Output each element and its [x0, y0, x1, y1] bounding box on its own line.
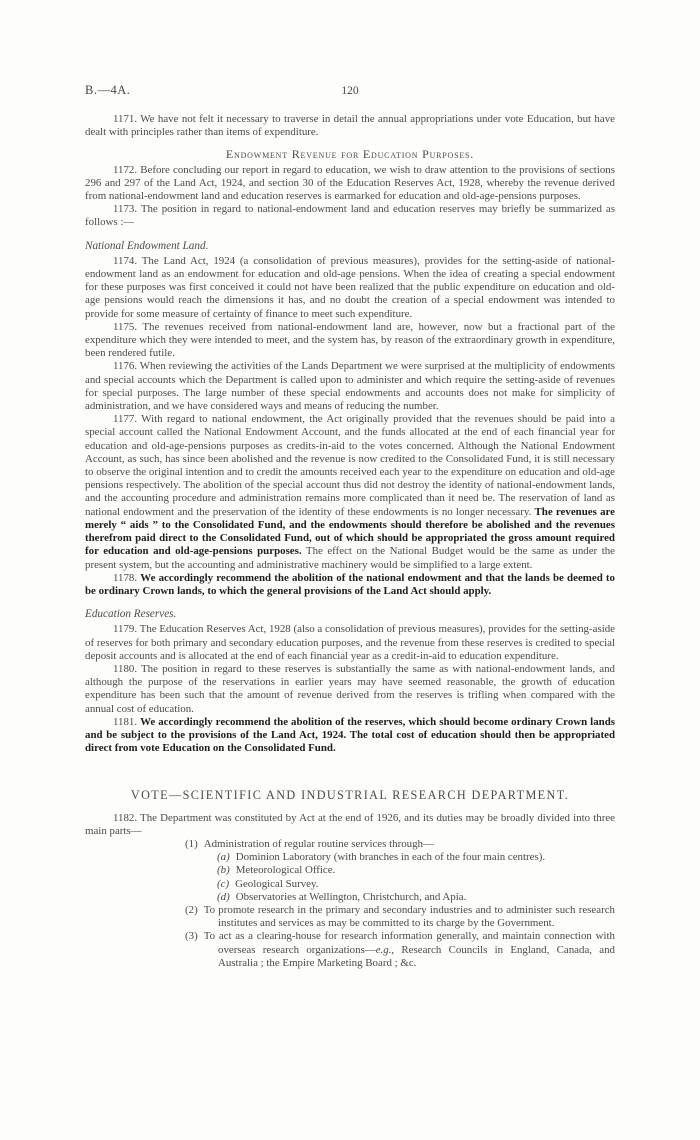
- duty-1-sub-item-c: (c)Geological Survey.: [85, 878, 615, 891]
- sub-c-marker: (c): [217, 878, 229, 890]
- duty-1-marker: (1): [185, 838, 198, 850]
- paragraph-1177: 1177. With regard to national endowment,…: [85, 413, 615, 571]
- paragraph-1178-number: 1178.: [113, 572, 140, 584]
- page-header: B.—4A. 120: [85, 84, 615, 101]
- sub-d-text: Observatories at Wellington, Christchurc…: [236, 891, 467, 903]
- paragraph-1174: 1174. The Land Act, 1924 (a consolidatio…: [85, 255, 615, 321]
- paragraph-1171: 1171. We have not felt it necessary to t…: [85, 113, 615, 139]
- document-page: B.—4A. 120 1171. We have not felt it nec…: [0, 0, 700, 1140]
- duty-3-marker: (3): [185, 930, 198, 942]
- duty-item-3: (3)To act as a clearing-house for resear…: [85, 930, 615, 970]
- section-heading-endowment-revenue: Endowment Revenue for Education Purposes…: [85, 148, 615, 161]
- duty-1-sub-item-a: (a)Dominion Laboratory (with branches in…: [85, 851, 615, 864]
- sub-a-text: Dominion Laboratory (with branches in ea…: [236, 851, 545, 863]
- paragraph-1181: 1181. We accordingly recommend the aboli…: [85, 716, 615, 756]
- duty-1-sub-item-b: (b)Meteorological Office.: [85, 864, 615, 877]
- paragraph-1172: 1172. Before concluding our report in re…: [85, 164, 615, 204]
- duty-item-1: (1)Administration of regular routine ser…: [85, 838, 615, 851]
- duty-1-text: Administration of regular routine servic…: [204, 838, 434, 850]
- paragraph-1181-recommendation: We accordingly recommend the abolition o…: [85, 716, 615, 754]
- subheading-education-reserves: Education Reserves.: [85, 608, 615, 621]
- paragraph-1180: 1180. The position in regard to these re…: [85, 663, 615, 716]
- paragraph-1178: 1178. We accordingly recommend the aboli…: [85, 572, 615, 598]
- paragraph-1177-text: 1177. With regard to national endowment,…: [85, 413, 615, 517]
- section-heading-vote-scientific-industrial-research: VOTE—SCIENTIFIC AND INDUSTRIAL RESEARCH …: [85, 789, 615, 802]
- subheading-national-endowment-land: National Endowment Land.: [85, 240, 615, 253]
- paragraph-1173: 1173. The position in regard to national…: [85, 203, 615, 229]
- paragraph-1176: 1176. When reviewing the activities of t…: [85, 360, 615, 413]
- sub-c-text: Geological Survey.: [235, 878, 318, 890]
- paragraph-1178-recommendation: We accordingly recommend the abolition o…: [85, 572, 615, 597]
- sub-b-text: Meteorological Office.: [236, 864, 336, 876]
- duty-2-marker: (2): [185, 904, 198, 916]
- duty-item-2: (2)To promote research in the primary an…: [85, 904, 615, 930]
- duty-2-text: To promote research in the primary and s…: [204, 904, 615, 929]
- page-number: 120: [85, 85, 615, 98]
- sub-b-marker: (b): [217, 864, 230, 876]
- duty-3-emphasis: e.g.,: [376, 944, 394, 956]
- paragraph-1181-number: 1181.: [113, 716, 140, 728]
- sub-d-marker: (d): [217, 891, 230, 903]
- paragraph-1175: 1175. The revenues received from nationa…: [85, 321, 615, 361]
- paragraph-1182: 1182. The Department was constituted by …: [85, 812, 615, 838]
- sub-a-marker: (a): [217, 851, 230, 863]
- duties-list: (1)Administration of regular routine ser…: [85, 838, 615, 970]
- duty-1-sub-item-d: (d)Observatories at Wellington, Christch…: [85, 891, 615, 904]
- paragraph-1179: 1179. The Education Reserves Act, 1928 (…: [85, 623, 615, 663]
